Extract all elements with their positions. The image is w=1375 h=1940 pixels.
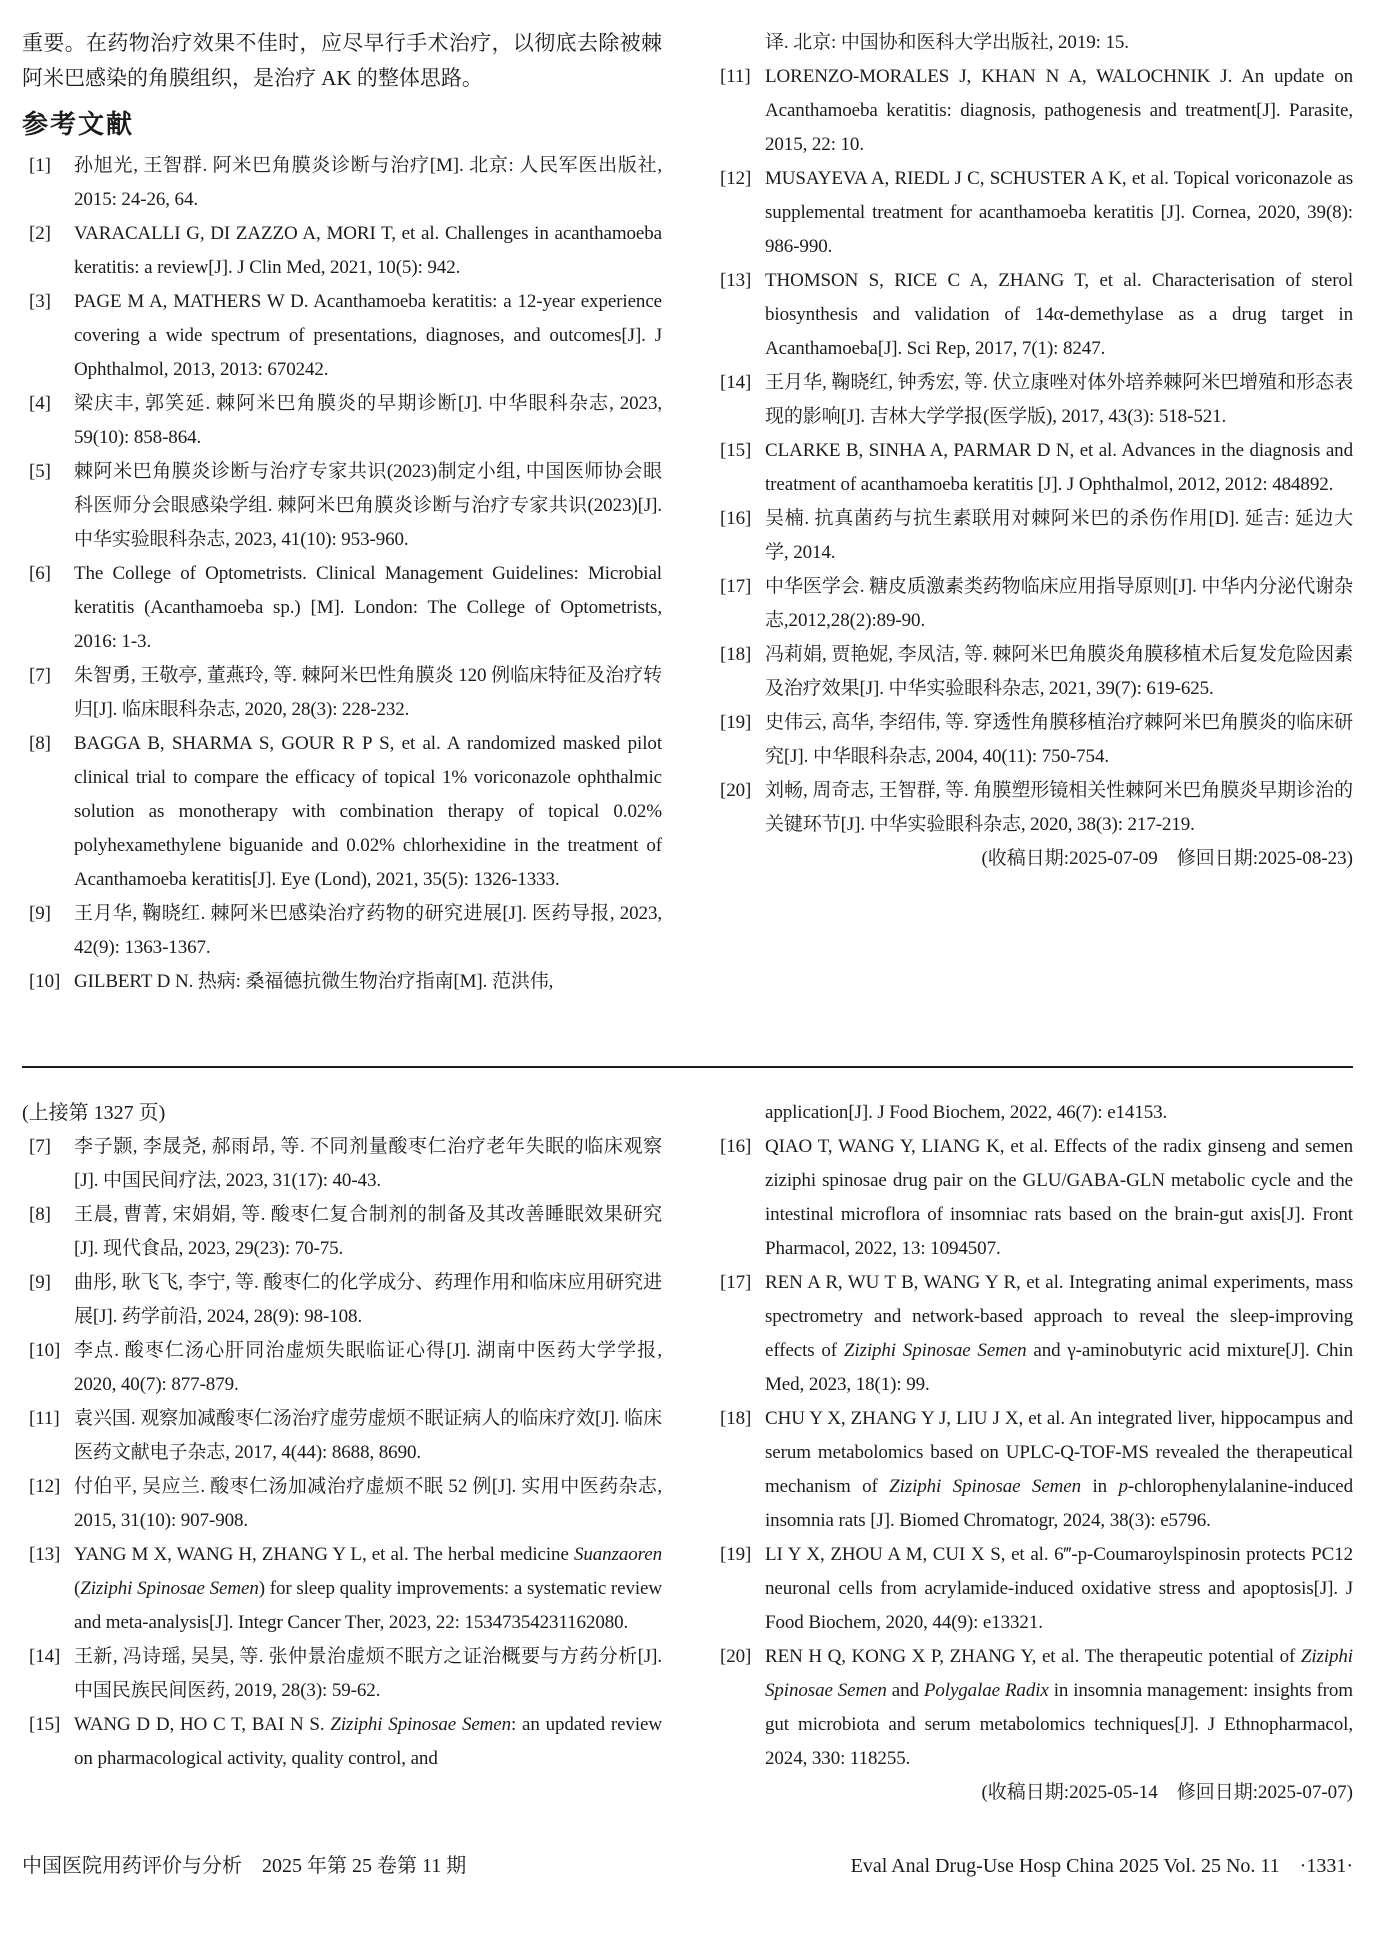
reference-number: [19] — [720, 1538, 751, 1572]
page-footer: 中国医院用药评价与分析 2025 年第 25 卷第 11 期 Eval Anal… — [22, 1850, 1353, 1882]
reference-text: 王月华, 鞠晓红. 棘阿米巴感染治疗药物的研究进展[J]. 医药导报, 2023… — [74, 903, 662, 958]
reference-text: 王晨, 曹菁, 宋娟娟, 等. 酸枣仁复合制剂的制备及其改善睡眠效果研究[J].… — [74, 1204, 662, 1259]
reference-item: [14]王新, 冯诗瑶, 吴昊, 等. 张仲景治虚烦不眠方之证治概要与方药分析[… — [22, 1640, 662, 1708]
reference-number: [8] — [29, 727, 51, 761]
reference-text: 梁庆丰, 郭笑延. 棘阿米巴角膜炎的早期诊断[J]. 中华眼科杂志, 2023,… — [74, 393, 662, 448]
reference-item: [11]LORENZO-MORALES J, KHAN N A, WALOCHN… — [713, 60, 1353, 162]
reference-text: 中华医学会. 糖皮质激素类药物临床应用指导原则[J]. 中华内分泌代谢杂志,20… — [765, 576, 1353, 631]
reference-text: The College of Optometrists. Clinical Ma… — [74, 563, 662, 652]
reference-text: 王月华, 鞠晓红, 钟秀宏, 等. 伏立康唑对体外培养棘阿米巴增殖和形态表现的影… — [765, 372, 1353, 427]
references-heading: 参考文献 — [22, 104, 662, 141]
reference-number: [9] — [29, 1266, 51, 1300]
reference-text: 孙旭光, 王智群. 阿米巴角膜炎诊断与治疗[M]. 北京: 人民军医出版社, 2… — [74, 155, 662, 210]
reference-text: REN H Q, KONG X P, ZHANG Y, et al. The t… — [765, 1646, 1353, 1769]
reference-number: [19] — [720, 706, 751, 740]
reference-item: [9]曲彤, 耿飞飞, 李宁, 等. 酸枣仁的化学成分、药理作用和临床应用研究进… — [22, 1266, 662, 1334]
reference-number: [14] — [720, 366, 751, 400]
reference-text: 吴楠. 抗真菌药与抗生素联用对棘阿米巴的杀伤作用[D]. 延吉: 延边大学, 2… — [765, 508, 1353, 563]
reference-item: [10]GILBERT D N. 热病: 桑福德抗微生物治疗指南[M]. 范洪伟… — [22, 965, 662, 999]
journal-page: 重要。在药物治疗效果不佳时，应尽早行手术治疗，以彻底去除被棘阿米巴感染的角膜组织… — [0, 0, 1375, 1940]
reference-text: REN A R, WU T B, WANG Y R, et al. Integr… — [765, 1272, 1353, 1395]
reference-item: [15]WANG D D, HO C T, BAI N S. Ziziphi S… — [22, 1708, 662, 1776]
reference-item: [9]王月华, 鞠晓红. 棘阿米巴感染治疗药物的研究进展[J]. 医药导报, 2… — [22, 897, 662, 965]
reference-number: [18] — [720, 1402, 751, 1436]
reference-text: CLARKE B, SINHA A, PARMAR D N, et al. Ad… — [765, 440, 1353, 495]
reference-item: [12]MUSAYEVA A, RIEDL J C, SCHUSTER A K,… — [713, 162, 1353, 264]
reference-text: MUSAYEVA A, RIEDL J C, SCHUSTER A K, et … — [765, 168, 1353, 257]
reference-item: [20]REN H Q, KONG X P, ZHANG Y, et al. T… — [713, 1640, 1353, 1776]
reference-number: [17] — [720, 1266, 751, 1300]
footer-journal-title-cn: 中国医院用药评价与分析 2025 年第 25 卷第 11 期 — [22, 1850, 466, 1882]
article1-received-revised-dates: (收稿日期:2025-07-09 修回日期:2025-08-23) — [713, 842, 1353, 876]
reference-item: [5]棘阿米巴角膜炎诊断与治疗专家共识(2023)制定小组, 中国医师协会眼科医… — [22, 455, 662, 557]
reference-item: [8]王晨, 曹菁, 宋娟娟, 等. 酸枣仁复合制剂的制备及其改善睡眠效果研究[… — [22, 1198, 662, 1266]
reference-number: [3] — [29, 285, 51, 319]
reference-number: [10] — [29, 965, 60, 999]
article2-reference-list-right: [16]QIAO T, WANG Y, LIANG K, et al. Effe… — [713, 1130, 1353, 1776]
reference-item: [14]王月华, 鞠晓红, 钟秀宏, 等. 伏立康唑对体外培养棘阿米巴增殖和形态… — [713, 366, 1353, 434]
reference-number: [7] — [29, 1130, 51, 1164]
reference-number: [16] — [720, 1130, 751, 1164]
reference-item: [16]QIAO T, WANG Y, LIANG K, et al. Effe… — [713, 1130, 1353, 1266]
article-separator-rule — [22, 1066, 1353, 1068]
reference-number: [15] — [720, 434, 751, 468]
reference-text: 史伟云, 高华, 李绍伟, 等. 穿透性角膜移植治疗棘阿米巴角膜炎的临床研究[J… — [765, 712, 1353, 767]
reference-number: [16] — [720, 502, 751, 536]
reference-item: [16]吴楠. 抗真菌药与抗生素联用对棘阿米巴的杀伤作用[D]. 延吉: 延边大… — [713, 502, 1353, 570]
reference-item: [19]史伟云, 高华, 李绍伟, 等. 穿透性角膜移植治疗棘阿米巴角膜炎的临床… — [713, 706, 1353, 774]
article2-left-column: (上接第 1327 页) [7]李子颢, 李晟尧, 郝雨昂, 等. 不同剂量酸枣… — [22, 1096, 662, 1810]
reference-text: LORENZO-MORALES J, KHAN N A, WALOCHNIK J… — [765, 66, 1353, 155]
reference-number: [8] — [29, 1198, 51, 1232]
article2-right-column: application[J]. J Food Biochem, 2022, 46… — [713, 1096, 1353, 1810]
reference-text: 李点. 酸枣仁汤心肝同治虚烦失眠临证心得[J]. 湖南中医药大学学报, 2020… — [74, 1340, 662, 1395]
article2-continued-from-note: (上接第 1327 页) — [22, 1096, 662, 1130]
reference-item: [18]CHU Y X, ZHANG Y J, LIU J X, et al. … — [713, 1402, 1353, 1538]
reference-text: WANG D D, HO C T, BAI N S. Ziziphi Spino… — [74, 1714, 662, 1769]
reference-number: [12] — [720, 162, 751, 196]
article2-reference-list-left: [7]李子颢, 李晟尧, 郝雨昂, 等. 不同剂量酸枣仁治疗老年失眠的临床观察[… — [22, 1130, 662, 1776]
footer-journal-title-en-page-number: Eval Anal Drug-Use Hosp China 2025 Vol. … — [851, 1850, 1353, 1882]
reference-number: [10] — [29, 1334, 60, 1368]
reference-number: [2] — [29, 217, 51, 251]
reference-number: [14] — [29, 1640, 60, 1674]
reference-item: [15]CLARKE B, SINHA A, PARMAR D N, et al… — [713, 434, 1353, 502]
reference-item: [1]孙旭光, 王智群. 阿米巴角膜炎诊断与治疗[M]. 北京: 人民军医出版社… — [22, 149, 662, 217]
reference-item: [2]VARACALLI G, DI ZAZZO A, MORI T, et a… — [22, 217, 662, 285]
reference-number: [17] — [720, 570, 751, 604]
reference-text: YANG M X, WANG H, ZHANG Y L, et al. The … — [74, 1544, 662, 1633]
reference-number: [15] — [29, 1708, 60, 1742]
article1-reference-continuation: 译. 北京: 中国协和医科大学出版社, 2019: 15. — [713, 26, 1353, 60]
reference-number: [13] — [720, 264, 751, 298]
reference-item: [12]付伯平, 吴应兰. 酸枣仁汤加减治疗虚烦不眠 52 例[J]. 实用中医… — [22, 1470, 662, 1538]
reference-number: [1] — [29, 149, 51, 183]
reference-text: BAGGA B, SHARMA S, GOUR R P S, et al. A … — [74, 733, 662, 890]
reference-item: [3]PAGE M A, MATHERS W D. Acanthamoeba k… — [22, 285, 662, 387]
article1-section: 重要。在药物治疗效果不佳时，应尽早行手术治疗，以彻底去除被棘阿米巴感染的角膜组织… — [22, 26, 1353, 999]
reference-item: [19]LI Y X, ZHOU A M, CUI X S, et al. 6‴… — [713, 1538, 1353, 1640]
reference-number: [6] — [29, 557, 51, 591]
reference-item: [7]李子颢, 李晟尧, 郝雨昂, 等. 不同剂量酸枣仁治疗老年失眠的临床观察[… — [22, 1130, 662, 1198]
reference-text: 袁兴国. 观察加减酸枣仁汤治疗虚劳虚烦不眠证病人的临床疗效[J]. 临床医药文献… — [74, 1408, 662, 1463]
reference-number: [5] — [29, 455, 51, 489]
reference-item: [17]中华医学会. 糖皮质激素类药物临床应用指导原则[J]. 中华内分泌代谢杂… — [713, 570, 1353, 638]
reference-item: [13]THOMSON S, RICE C A, ZHANG T, et al.… — [713, 264, 1353, 366]
reference-text: 付伯平, 吴应兰. 酸枣仁汤加减治疗虚烦不眠 52 例[J]. 实用中医药杂志,… — [74, 1476, 662, 1531]
article2-section: (上接第 1327 页) [7]李子颢, 李晟尧, 郝雨昂, 等. 不同剂量酸枣… — [22, 1096, 1353, 1810]
reference-item: [17]REN A R, WU T B, WANG Y R, et al. In… — [713, 1266, 1353, 1402]
article2-received-revised-dates: (收稿日期:2025-05-14 修回日期:2025-07-07) — [713, 1776, 1353, 1810]
reference-text: 棘阿米巴角膜炎诊断与治疗专家共识(2023)制定小组, 中国医师协会眼科医师分会… — [74, 461, 662, 550]
reference-number: [11] — [720, 60, 751, 94]
reference-item: [8]BAGGA B, SHARMA S, GOUR R P S, et al.… — [22, 727, 662, 897]
reference-item: [4]梁庆丰, 郭笑延. 棘阿米巴角膜炎的早期诊断[J]. 中华眼科杂志, 20… — [22, 387, 662, 455]
reference-item: [10]李点. 酸枣仁汤心肝同治虚烦失眠临证心得[J]. 湖南中医药大学学报, … — [22, 1334, 662, 1402]
reference-item: [20]刘畅, 周奇志, 王智群, 等. 角膜塑形镜相关性棘阿米巴角膜炎早期诊治… — [713, 774, 1353, 842]
reference-text: PAGE M A, MATHERS W D. Acanthamoeba kera… — [74, 291, 662, 380]
reference-text: 李子颢, 李晟尧, 郝雨昂, 等. 不同剂量酸枣仁治疗老年失眠的临床观察[J].… — [74, 1136, 662, 1191]
reference-number: [9] — [29, 897, 51, 931]
reference-number: [12] — [29, 1470, 60, 1504]
reference-text: 冯莉娟, 贾艳妮, 李凤洁, 等. 棘阿米巴角膜炎角膜移植术后复发危险因素及治疗… — [765, 644, 1353, 699]
reference-item: [11]袁兴国. 观察加减酸枣仁汤治疗虚劳虚烦不眠证病人的临床疗效[J]. 临床… — [22, 1402, 662, 1470]
reference-number: [4] — [29, 387, 51, 421]
reference-number: [11] — [29, 1402, 60, 1436]
article1-left-column: 重要。在药物治疗效果不佳时，应尽早行手术治疗，以彻底去除被棘阿米巴感染的角膜组织… — [22, 26, 662, 999]
reference-text: 刘畅, 周奇志, 王智群, 等. 角膜塑形镜相关性棘阿米巴角膜炎早期诊治的关键环… — [765, 780, 1353, 835]
reference-text: CHU Y X, ZHANG Y J, LIU J X, et al. An i… — [765, 1408, 1353, 1531]
article1-reference-list-right: [11]LORENZO-MORALES J, KHAN N A, WALOCHN… — [713, 60, 1353, 842]
reference-number: [7] — [29, 659, 51, 693]
reference-number: [20] — [720, 774, 751, 808]
reference-text: LI Y X, ZHOU A M, CUI X S, et al. 6‴-p-C… — [765, 1544, 1353, 1633]
article1-right-column: 译. 北京: 中国协和医科大学出版社, 2019: 15. [11]LORENZ… — [713, 26, 1353, 999]
reference-text: QIAO T, WANG Y, LIANG K, et al. Effects … — [765, 1136, 1353, 1259]
reference-text: VARACALLI G, DI ZAZZO A, MORI T, et al. … — [74, 223, 662, 278]
reference-item: [6]The College of Optometrists. Clinical… — [22, 557, 662, 659]
reference-number: [13] — [29, 1538, 60, 1572]
article1-reference-list-left: [1]孙旭光, 王智群. 阿米巴角膜炎诊断与治疗[M]. 北京: 人民军医出版社… — [22, 149, 662, 999]
reference-number: [20] — [720, 1640, 751, 1674]
article1-body-text: 重要。在药物治疗效果不佳时，应尽早行手术治疗，以彻底去除被棘阿米巴感染的角膜组织… — [22, 26, 662, 96]
reference-text: 曲彤, 耿飞飞, 李宁, 等. 酸枣仁的化学成分、药理作用和临床应用研究进展[J… — [74, 1272, 662, 1327]
reference-number: [18] — [720, 638, 751, 672]
reference-item: [13]YANG M X, WANG H, ZHANG Y L, et al. … — [22, 1538, 662, 1640]
reference-text: 王新, 冯诗瑶, 吴昊, 等. 张仲景治虚烦不眠方之证治概要与方药分析[J]. … — [74, 1646, 662, 1701]
reference-item: [18]冯莉娟, 贾艳妮, 李凤洁, 等. 棘阿米巴角膜炎角膜移植术后复发危险因… — [713, 638, 1353, 706]
article2-reference-continuation: application[J]. J Food Biochem, 2022, 46… — [713, 1096, 1353, 1130]
reference-item: [7]朱智勇, 王敬亭, 董燕玲, 等. 棘阿米巴性角膜炎 120 例临床特征及… — [22, 659, 662, 727]
reference-text: GILBERT D N. 热病: 桑福德抗微生物治疗指南[M]. 范洪伟, — [74, 971, 553, 992]
reference-text: THOMSON S, RICE C A, ZHANG T, et al. Cha… — [765, 270, 1353, 359]
reference-text: 朱智勇, 王敬亭, 董燕玲, 等. 棘阿米巴性角膜炎 120 例临床特征及治疗转… — [74, 665, 662, 720]
